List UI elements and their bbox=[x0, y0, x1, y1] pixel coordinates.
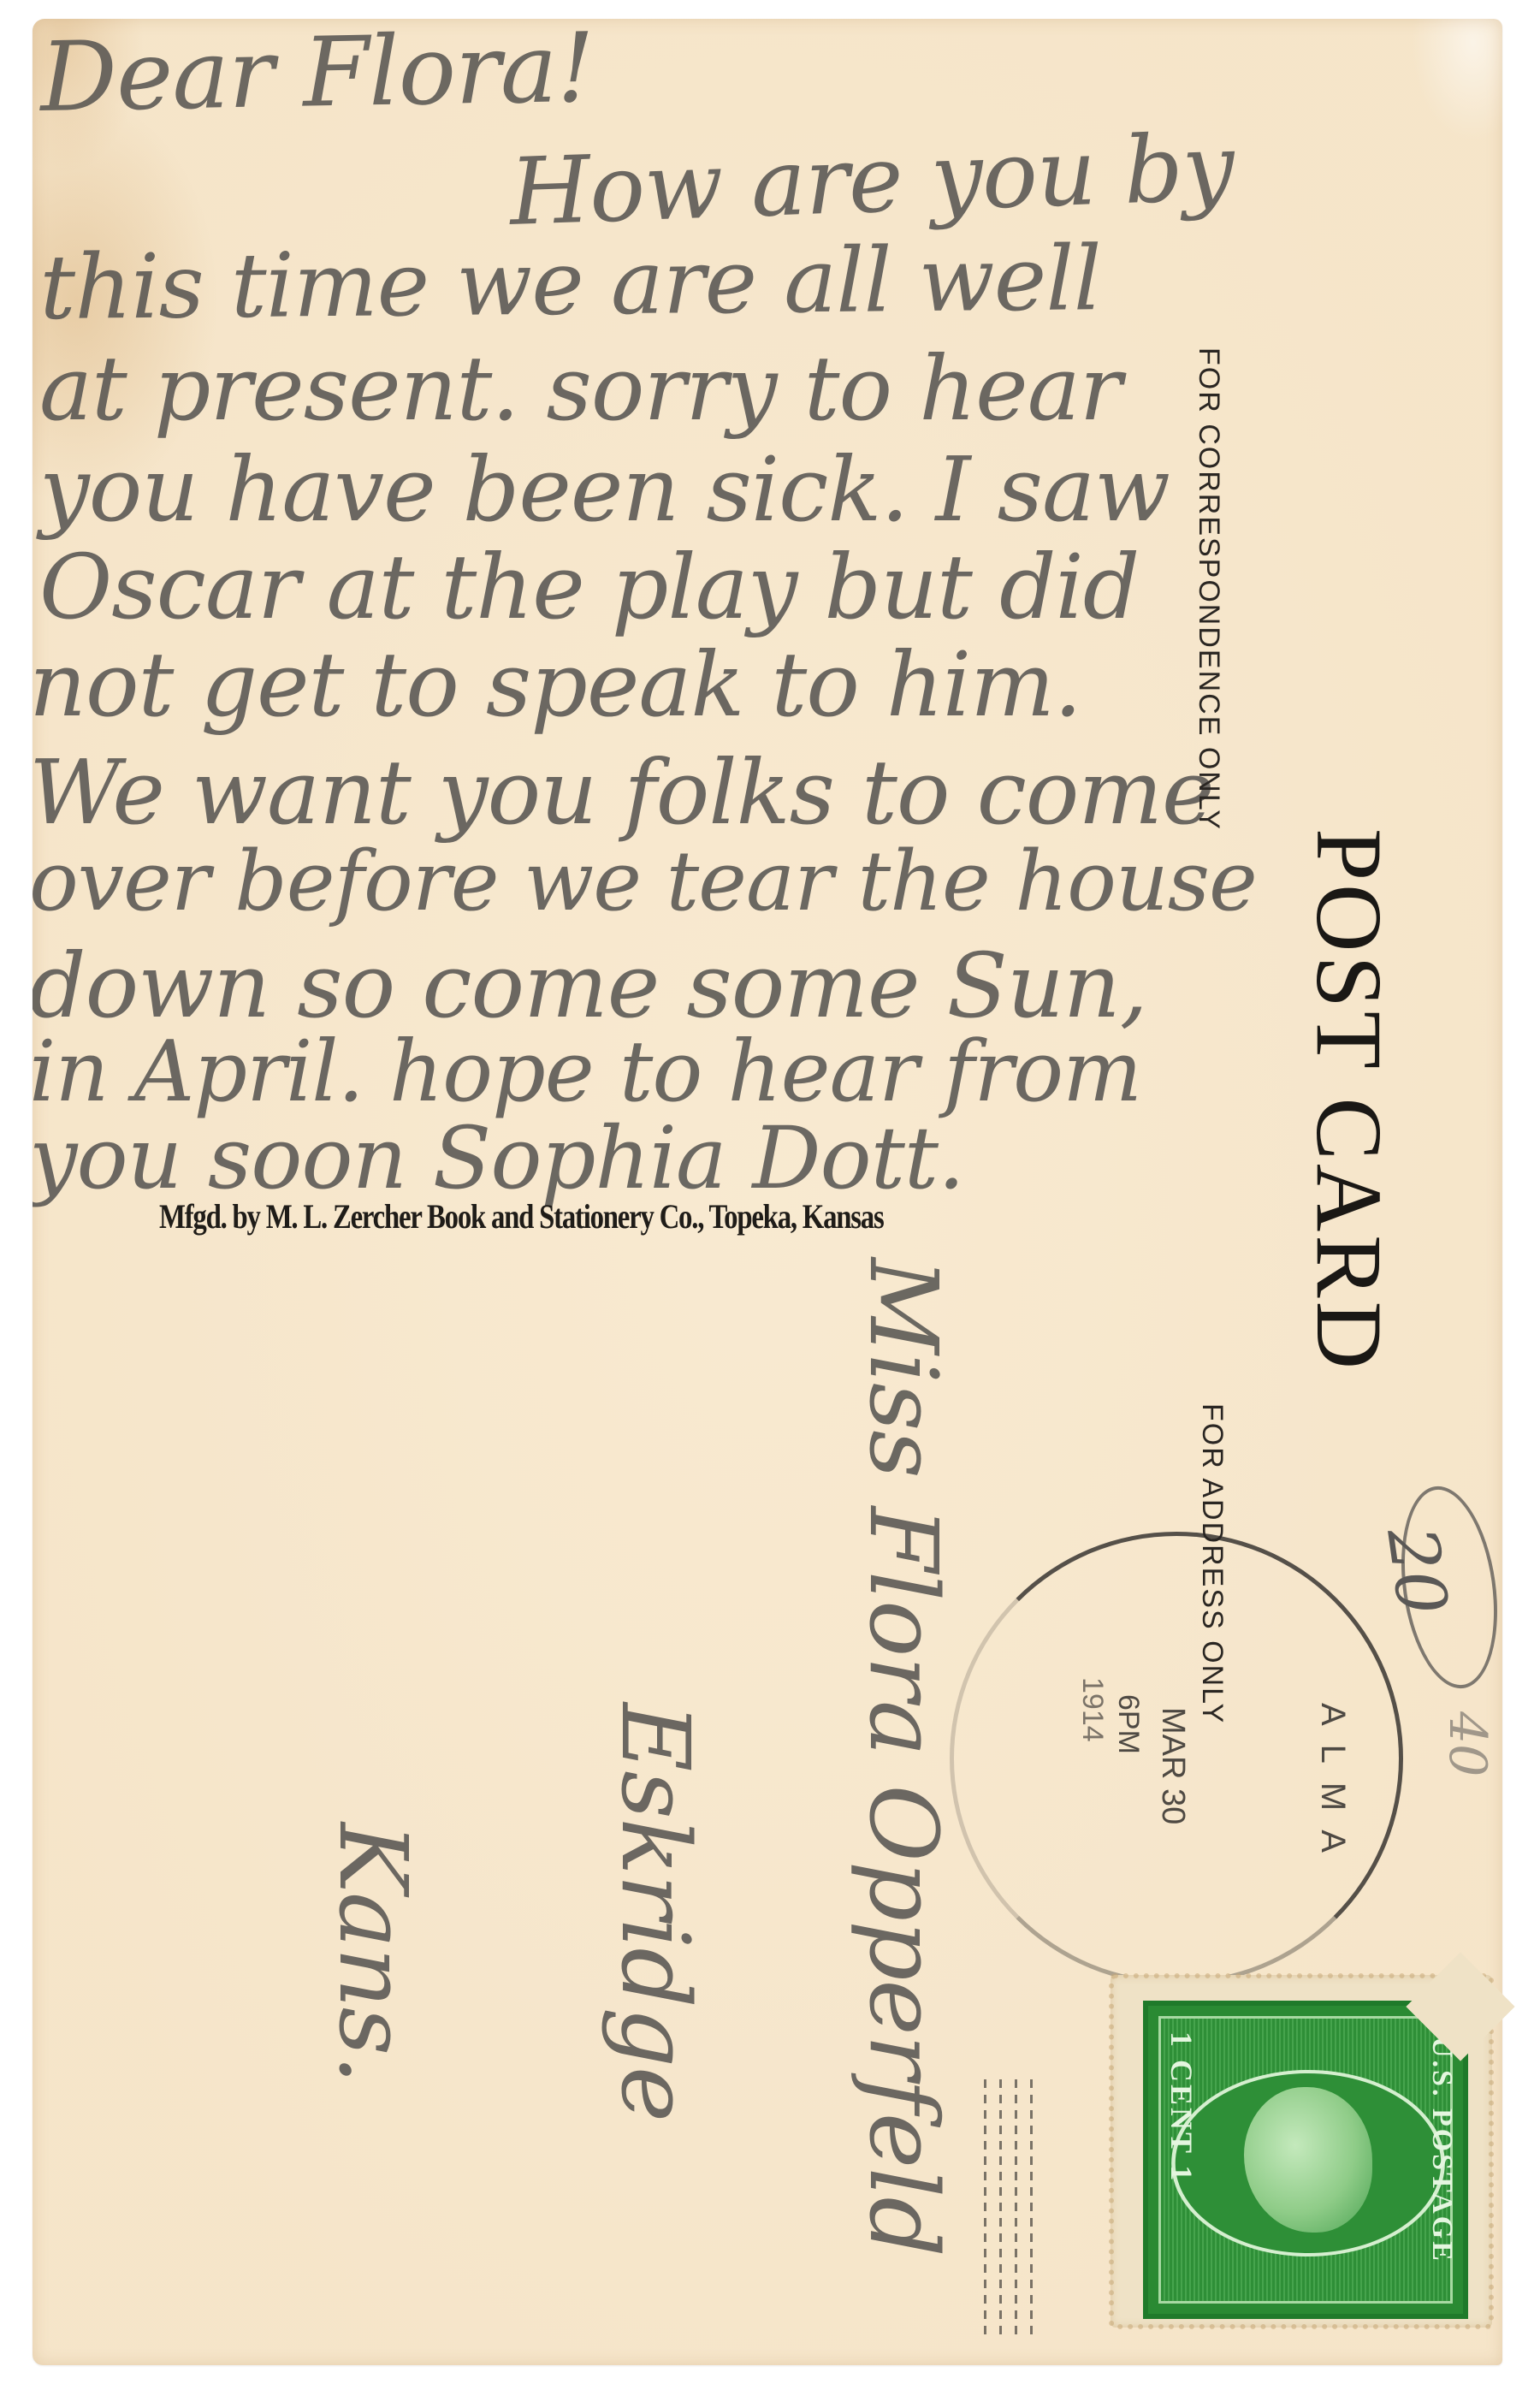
address-recipient: Miss Flora Opperfeld bbox=[849, 1258, 958, 2256]
post-card-title: POST CARD bbox=[1294, 828, 1403, 1373]
margin-note: 40 bbox=[1437, 1711, 1497, 1776]
postage-stamp: 1 CENT 1 U.S. POSTAGE bbox=[1143, 2001, 1468, 2319]
address-state: Kans. bbox=[318, 1823, 428, 2084]
correspondence-only-label: FOR CORRESPONDENCE ONLY bbox=[1192, 347, 1225, 831]
postmark-month: MAR bbox=[1155, 1707, 1191, 1779]
salutation: Dear Flora! bbox=[39, 19, 595, 133]
cancellation-lines bbox=[984, 2079, 1035, 2336]
postmark-date: MAR 30 bbox=[1157, 1707, 1189, 1824]
postmark-time: 6PM bbox=[1111, 1694, 1145, 1754]
message-line: Oscar at the play but did bbox=[39, 543, 1139, 632]
stamp-postage-label: U.S. POSTAGE bbox=[1425, 2037, 1458, 2263]
circled-number-text: 20 bbox=[1371, 1522, 1462, 1620]
message-line: in April. hope to hear from bbox=[33, 1030, 1141, 1114]
message-line: not get to speak to him. bbox=[33, 640, 1081, 729]
message-line: over before we tear the house bbox=[33, 840, 1257, 922]
postmark-year: 1914 bbox=[1075, 1677, 1109, 1742]
stamp-denomination: 1 CENT 1 bbox=[1164, 2031, 1199, 2183]
message-line: We want you folks to come bbox=[33, 748, 1214, 837]
postmark-town: ALMA bbox=[1313, 1703, 1352, 1871]
postmark-day: 30 bbox=[1155, 1788, 1191, 1824]
message-line: you have been sick. I saw bbox=[39, 445, 1170, 534]
message-line: this time we are all well bbox=[39, 234, 1101, 332]
address-city: Eskridge bbox=[601, 1703, 710, 2121]
manufacturer-imprint: Mfgd. by M. L. Zercher Book and Statione… bbox=[159, 1196, 884, 1236]
message-line: down so come some Sun, bbox=[33, 941, 1147, 1030]
message-line: at present. sorry to hear bbox=[39, 344, 1121, 433]
message-line: How are you by bbox=[508, 122, 1235, 239]
message-line-signature: you soon Sophia Dott. bbox=[33, 1116, 964, 1201]
